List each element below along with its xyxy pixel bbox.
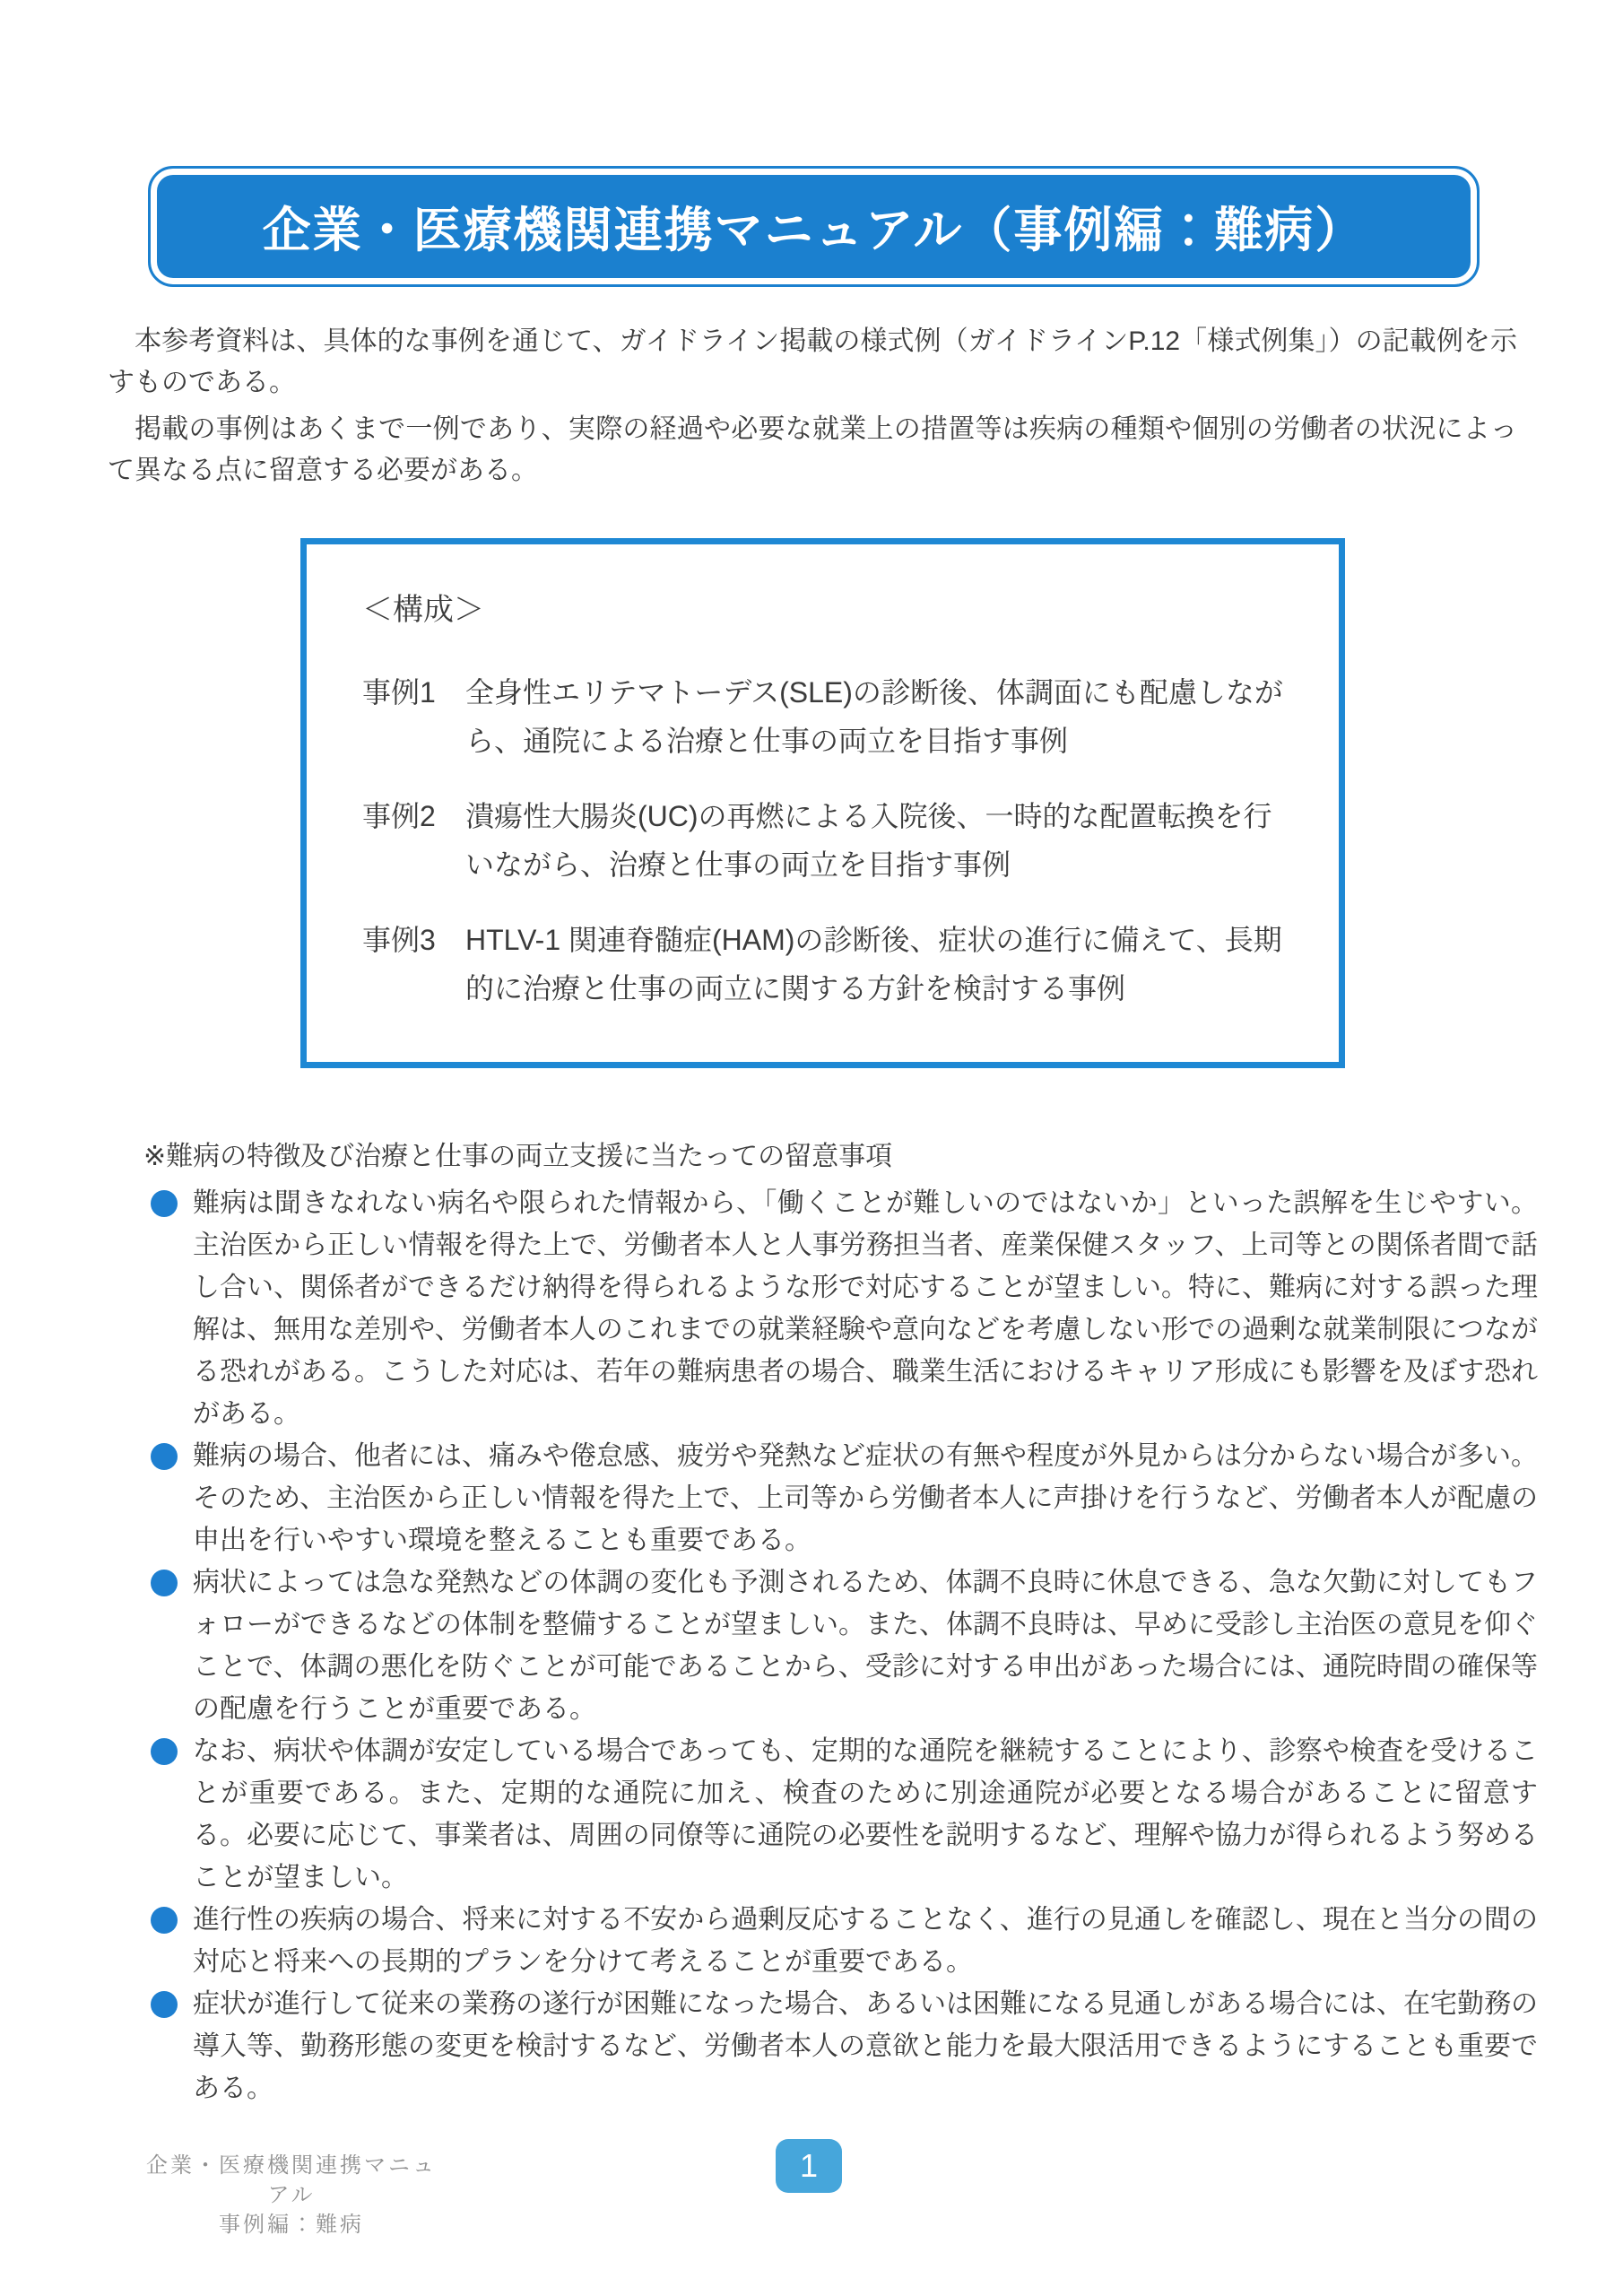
bullet-dot-icon	[151, 1443, 178, 1470]
note-text: 症状が進行して従来の業務の遂行が困難になった場合、あるいは困難になる見通しがある…	[193, 1989, 1538, 2103]
structure-box: ＜構成＞ 事例1 全身性エリテマトーデス(SLE)の診断後、体調面にも配慮しなが…	[300, 538, 1345, 1068]
case-row-2: 事例2 潰瘍性大腸炎(UC)の再燃による入院後、一時的な配置転換を行いながら、治…	[362, 792, 1285, 889]
footer-doc-subtitle-line: 事例編：難病	[135, 2210, 448, 2239]
case-text: 全身性エリテマトーデス(SLE)の診断後、体調面にも配慮しながら、通院による治療…	[465, 668, 1285, 765]
note-text: 進行性の疾病の場合、将来に対する不安から過剰反応することなく、進行の見通しを確認…	[193, 1905, 1538, 1977]
structure-box-heading: ＜構成＞	[362, 587, 1285, 632]
notes-heading: ※難病の特徴及び治療と仕事の両立支援に当たっての留意事項	[143, 1137, 1538, 1177]
intro-paragraph: 掲載の事例はあくまで一例であり、実際の経過や必要な就業上の措置等は疾病の種類や個…	[108, 409, 1517, 491]
notes-section: ※難病の特徴及び治療と仕事の両立支援に当たっての留意事項 難病は聞きなれない病名…	[143, 1137, 1538, 2109]
bullet-dot-icon	[151, 1738, 178, 1765]
note-bullet-5: 進行性の疾病の場合、将来に対する不安から過剰反応することなく、進行の見通しを確認…	[143, 1899, 1538, 1983]
note-bullet-2: 難病の場合、他者には、痛みや倦怠感、疲労や発熱など症状の有無や程度が外見からは分…	[143, 1435, 1538, 1561]
note-bullet-1: 難病は聞きなれない病名や限られた情報から、「働くことが難しいのではないか」といっ…	[143, 1182, 1538, 1435]
bullet-dot-icon	[151, 1907, 178, 1934]
case-label: 事例3	[362, 916, 465, 1013]
note-bullet-6: 症状が進行して従来の業務の遂行が困難になった場合、あるいは困難になる見通しがある…	[143, 1983, 1538, 2109]
note-bullet-3: 病状によっては急な発熱などの体調の変化も予測されるため、体調不良時に休息できる、…	[143, 1561, 1538, 1730]
footer-doc-title-line: 企業・医療機関連携マニュアル	[135, 2151, 448, 2210]
page-number-badge: 1	[776, 2139, 842, 2193]
case-row-3: 事例3 HTLV-1 関連脊髄症(HAM)の診断後、症状の進行に備えて、長期的に…	[362, 916, 1285, 1013]
note-text: なお、病状や体調が安定している場合であっても、定期的な通院を継続することにより、…	[193, 1736, 1538, 1892]
document-page: 企業・医療機関連携マニュアル（事例編：難病） 本参考資料は、具体的な事例を通じて…	[0, 0, 1623, 2296]
case-label: 事例2	[362, 792, 465, 889]
case-label: 事例1	[362, 668, 465, 765]
note-text: 難病は聞きなれない病名や限られた情報から、「働くことが難しいのではないか」といっ…	[193, 1188, 1538, 1429]
intro-section: 本参考資料は、具体的な事例を通じて、ガイドライン掲載の様式例（ガイドラインP.1…	[108, 321, 1517, 497]
page-number: 1	[800, 2147, 818, 2185]
case-text: HTLV-1 関連脊髄症(HAM)の診断後、症状の進行に備えて、長期的に治療と仕…	[465, 916, 1285, 1013]
bullet-dot-icon	[151, 1991, 178, 2018]
note-text: 難病の場合、他者には、痛みや倦怠感、疲労や発熱など症状の有無や程度が外見からは分…	[193, 1441, 1538, 1555]
title-banner: 企業・医療機関連携マニュアル（事例編：難病）	[148, 166, 1480, 287]
intro-paragraph: 本参考資料は、具体的な事例を通じて、ガイドライン掲載の様式例（ガイドラインP.1…	[108, 321, 1517, 404]
note-bullet-4: なお、病状や体調が安定している場合であっても、定期的な通院を継続することにより、…	[143, 1730, 1538, 1899]
note-text: 病状によっては急な発熱などの体調の変化も予測されるため、体調不良時に休息できる、…	[193, 1568, 1538, 1724]
case-text: 潰瘍性大腸炎(UC)の再燃による入院後、一時的な配置転換を行いながら、治療と仕事…	[465, 792, 1285, 889]
bullet-dot-icon	[151, 1190, 178, 1217]
bullet-dot-icon	[151, 1570, 178, 1596]
footer-doc-title: 企業・医療機関連携マニュアル 事例編：難病	[135, 2151, 448, 2239]
case-row-1: 事例1 全身性エリテマトーデス(SLE)の診断後、体調面にも配慮しながら、通院に…	[362, 668, 1285, 765]
page-title: 企業・医療機関連携マニュアル（事例編：難病）	[263, 192, 1366, 261]
